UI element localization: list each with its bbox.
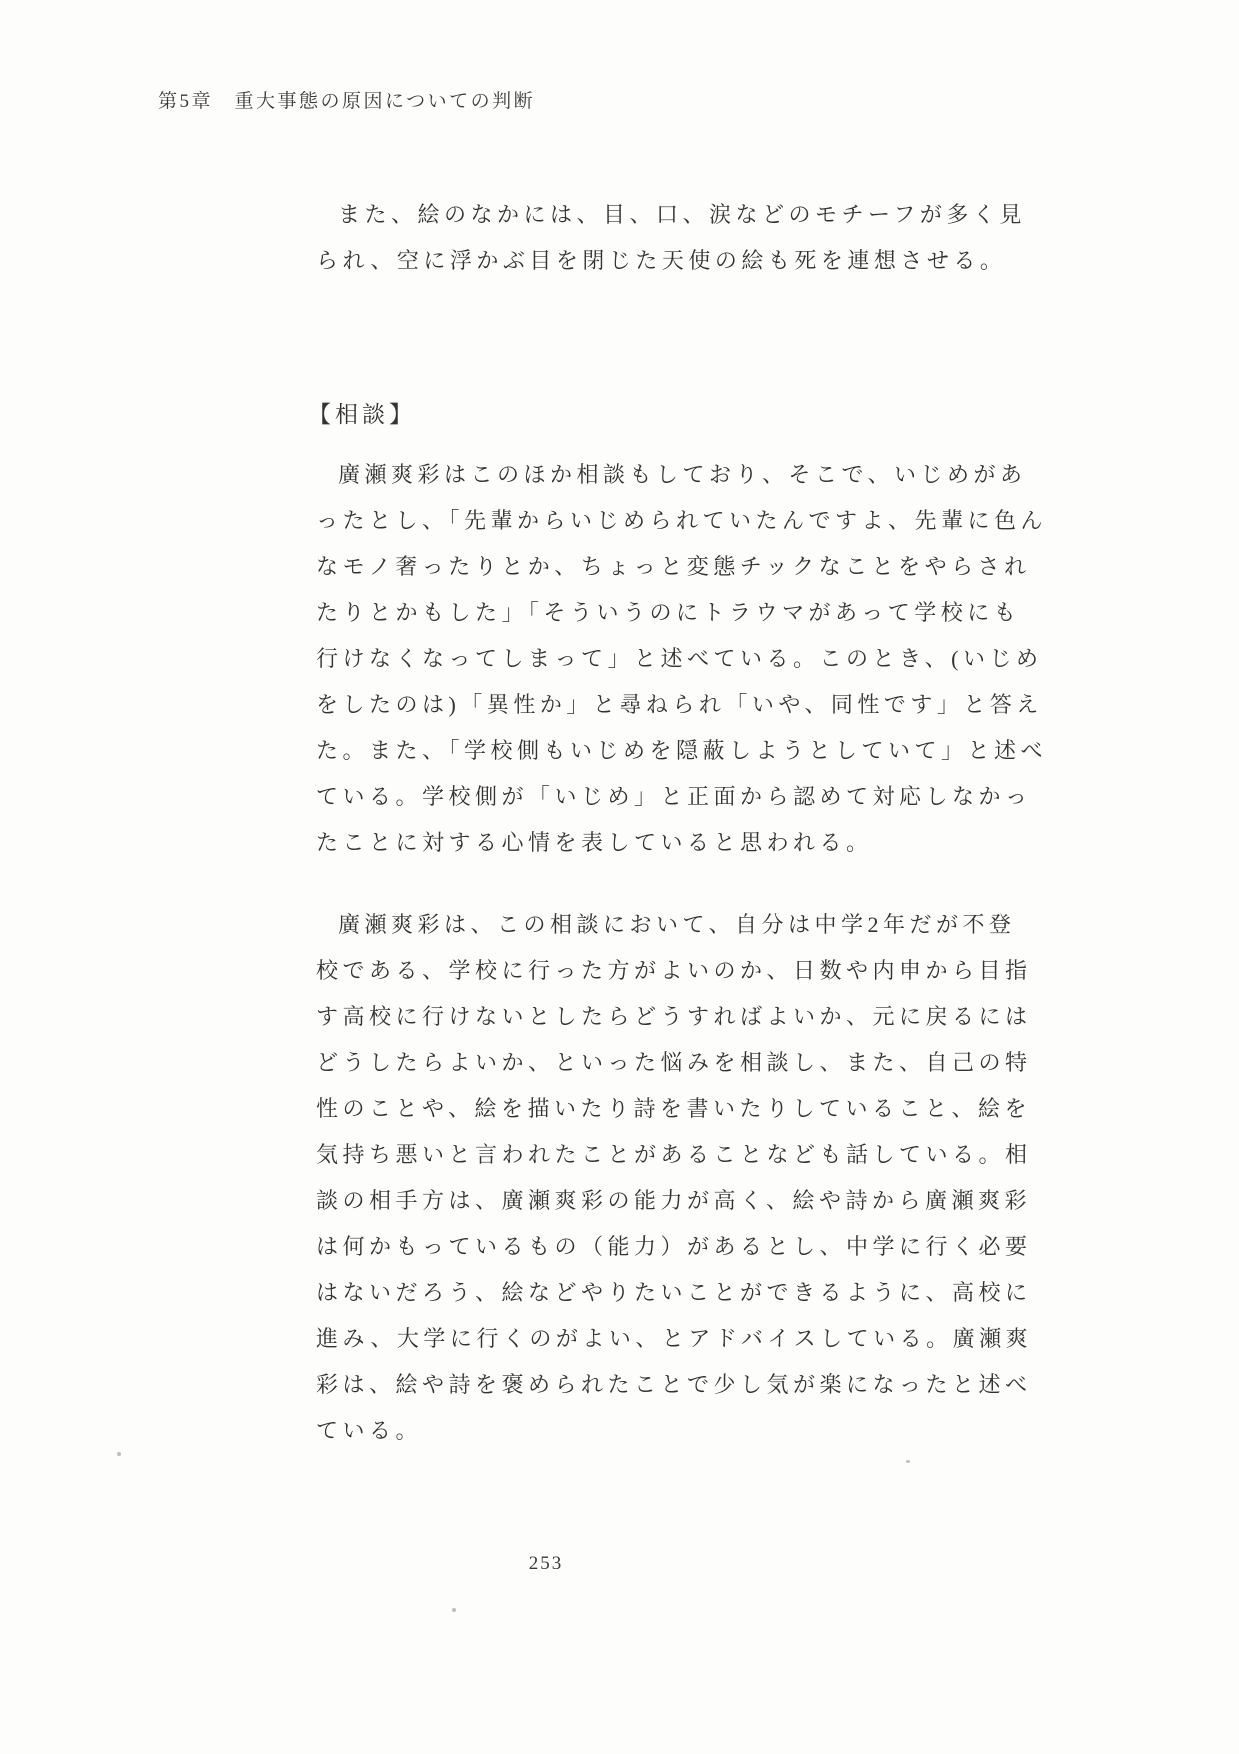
scan-speck — [906, 1460, 910, 1463]
text-line: は何かもっているもの（能力）があるとし、中学に行く必要 — [316, 1230, 1061, 1276]
text-line: 談の相手方は、廣瀬爽彩の能力が高く、絵や詩から廣瀬爽彩 — [316, 1184, 1061, 1230]
text-line: 気持ち悪いと言われたことがあることなども話している。相 — [316, 1138, 1061, 1184]
intro-paragraph: また、絵のなかには、目、口、涙などのモチーフが多く見られ、空に浮かぶ目を閉じた天… — [316, 198, 1061, 290]
text-line: ったとし、「先輩からいじめられていたんですよ、先輩に色ん — [316, 504, 1061, 550]
text-line: 廣瀬爽彩は、この相談において、自分は中学2年だが不登 — [316, 908, 1061, 954]
text-line: 廣瀬爽彩はこのほか相談もしており、そこで、いじめがあ — [316, 458, 1061, 504]
text-line: たことに対する心情を表していると思われる。 — [316, 826, 1061, 872]
text-line: なモノ奢ったりとか、ちょっと変態チックなことをやらされ — [316, 550, 1061, 596]
text-line: 性のことや、絵を描いたり詩を書いたりしていること、絵を — [316, 1092, 1061, 1138]
text-line: はないだろう、絵などやりたいことができるように、高校に — [316, 1276, 1061, 1322]
text-line: 校である、学校に行った方がよいのか、日数や内申から目指 — [316, 954, 1061, 1000]
text-line: 彩は、絵や詩を褒められたことで少し気が楽になったと述べ — [316, 1368, 1061, 1414]
text-line: また、絵のなかには、目、口、涙などのモチーフが多く見 — [316, 198, 1061, 244]
text-line: す高校に行けないとしたらどうすればよいか、元に戻るには — [316, 1000, 1061, 1046]
text-line: られ、空に浮かぶ目を閉じた天使の絵も死を連想させる。 — [316, 244, 1061, 290]
text-line: どうしたらよいか、といった悩みを相談し、また、自己の特 — [316, 1046, 1061, 1092]
scan-speck — [452, 1608, 456, 1612]
text-line: ている。 — [316, 1414, 1061, 1460]
consultation-paragraph-2: 廣瀬爽彩は、この相談において、自分は中学2年だが不登校である、学校に行った方がよ… — [316, 908, 1061, 1460]
text-line: をしたのは)「異性か」と尋ねられ「いや、同性です」と答え — [316, 688, 1061, 734]
scan-speck — [117, 1452, 121, 1456]
document-page: 第5章 重大事態の原因についての判断 また、絵のなかには、目、口、涙などのモチー… — [0, 0, 1239, 1754]
text-line: ている。学校側が「いじめ」と正面から認めて対応しなかっ — [316, 780, 1061, 826]
text-line: た。また、「学校側もいじめを隠蔽しようとしていて」と述べ — [316, 734, 1061, 780]
text-line: たりとかもした」「そういうのにトラウマがあって学校にも — [316, 596, 1061, 642]
text-line: 行けなくなってしまって」と述べている。このとき、(いじめ — [316, 642, 1061, 688]
consultation-paragraph-1: 廣瀬爽彩はこのほか相談もしており、そこで、いじめがあったとし、「先輩からいじめら… — [316, 458, 1061, 872]
chapter-header: 第5章 重大事態の原因についての判断 — [158, 86, 535, 113]
page-number: 253 — [500, 1553, 592, 1575]
section-heading: 【相談】 — [308, 396, 416, 429]
text-line: 進み、大学に行くのがよい、とアドバイスしている。廣瀬爽 — [316, 1322, 1061, 1368]
